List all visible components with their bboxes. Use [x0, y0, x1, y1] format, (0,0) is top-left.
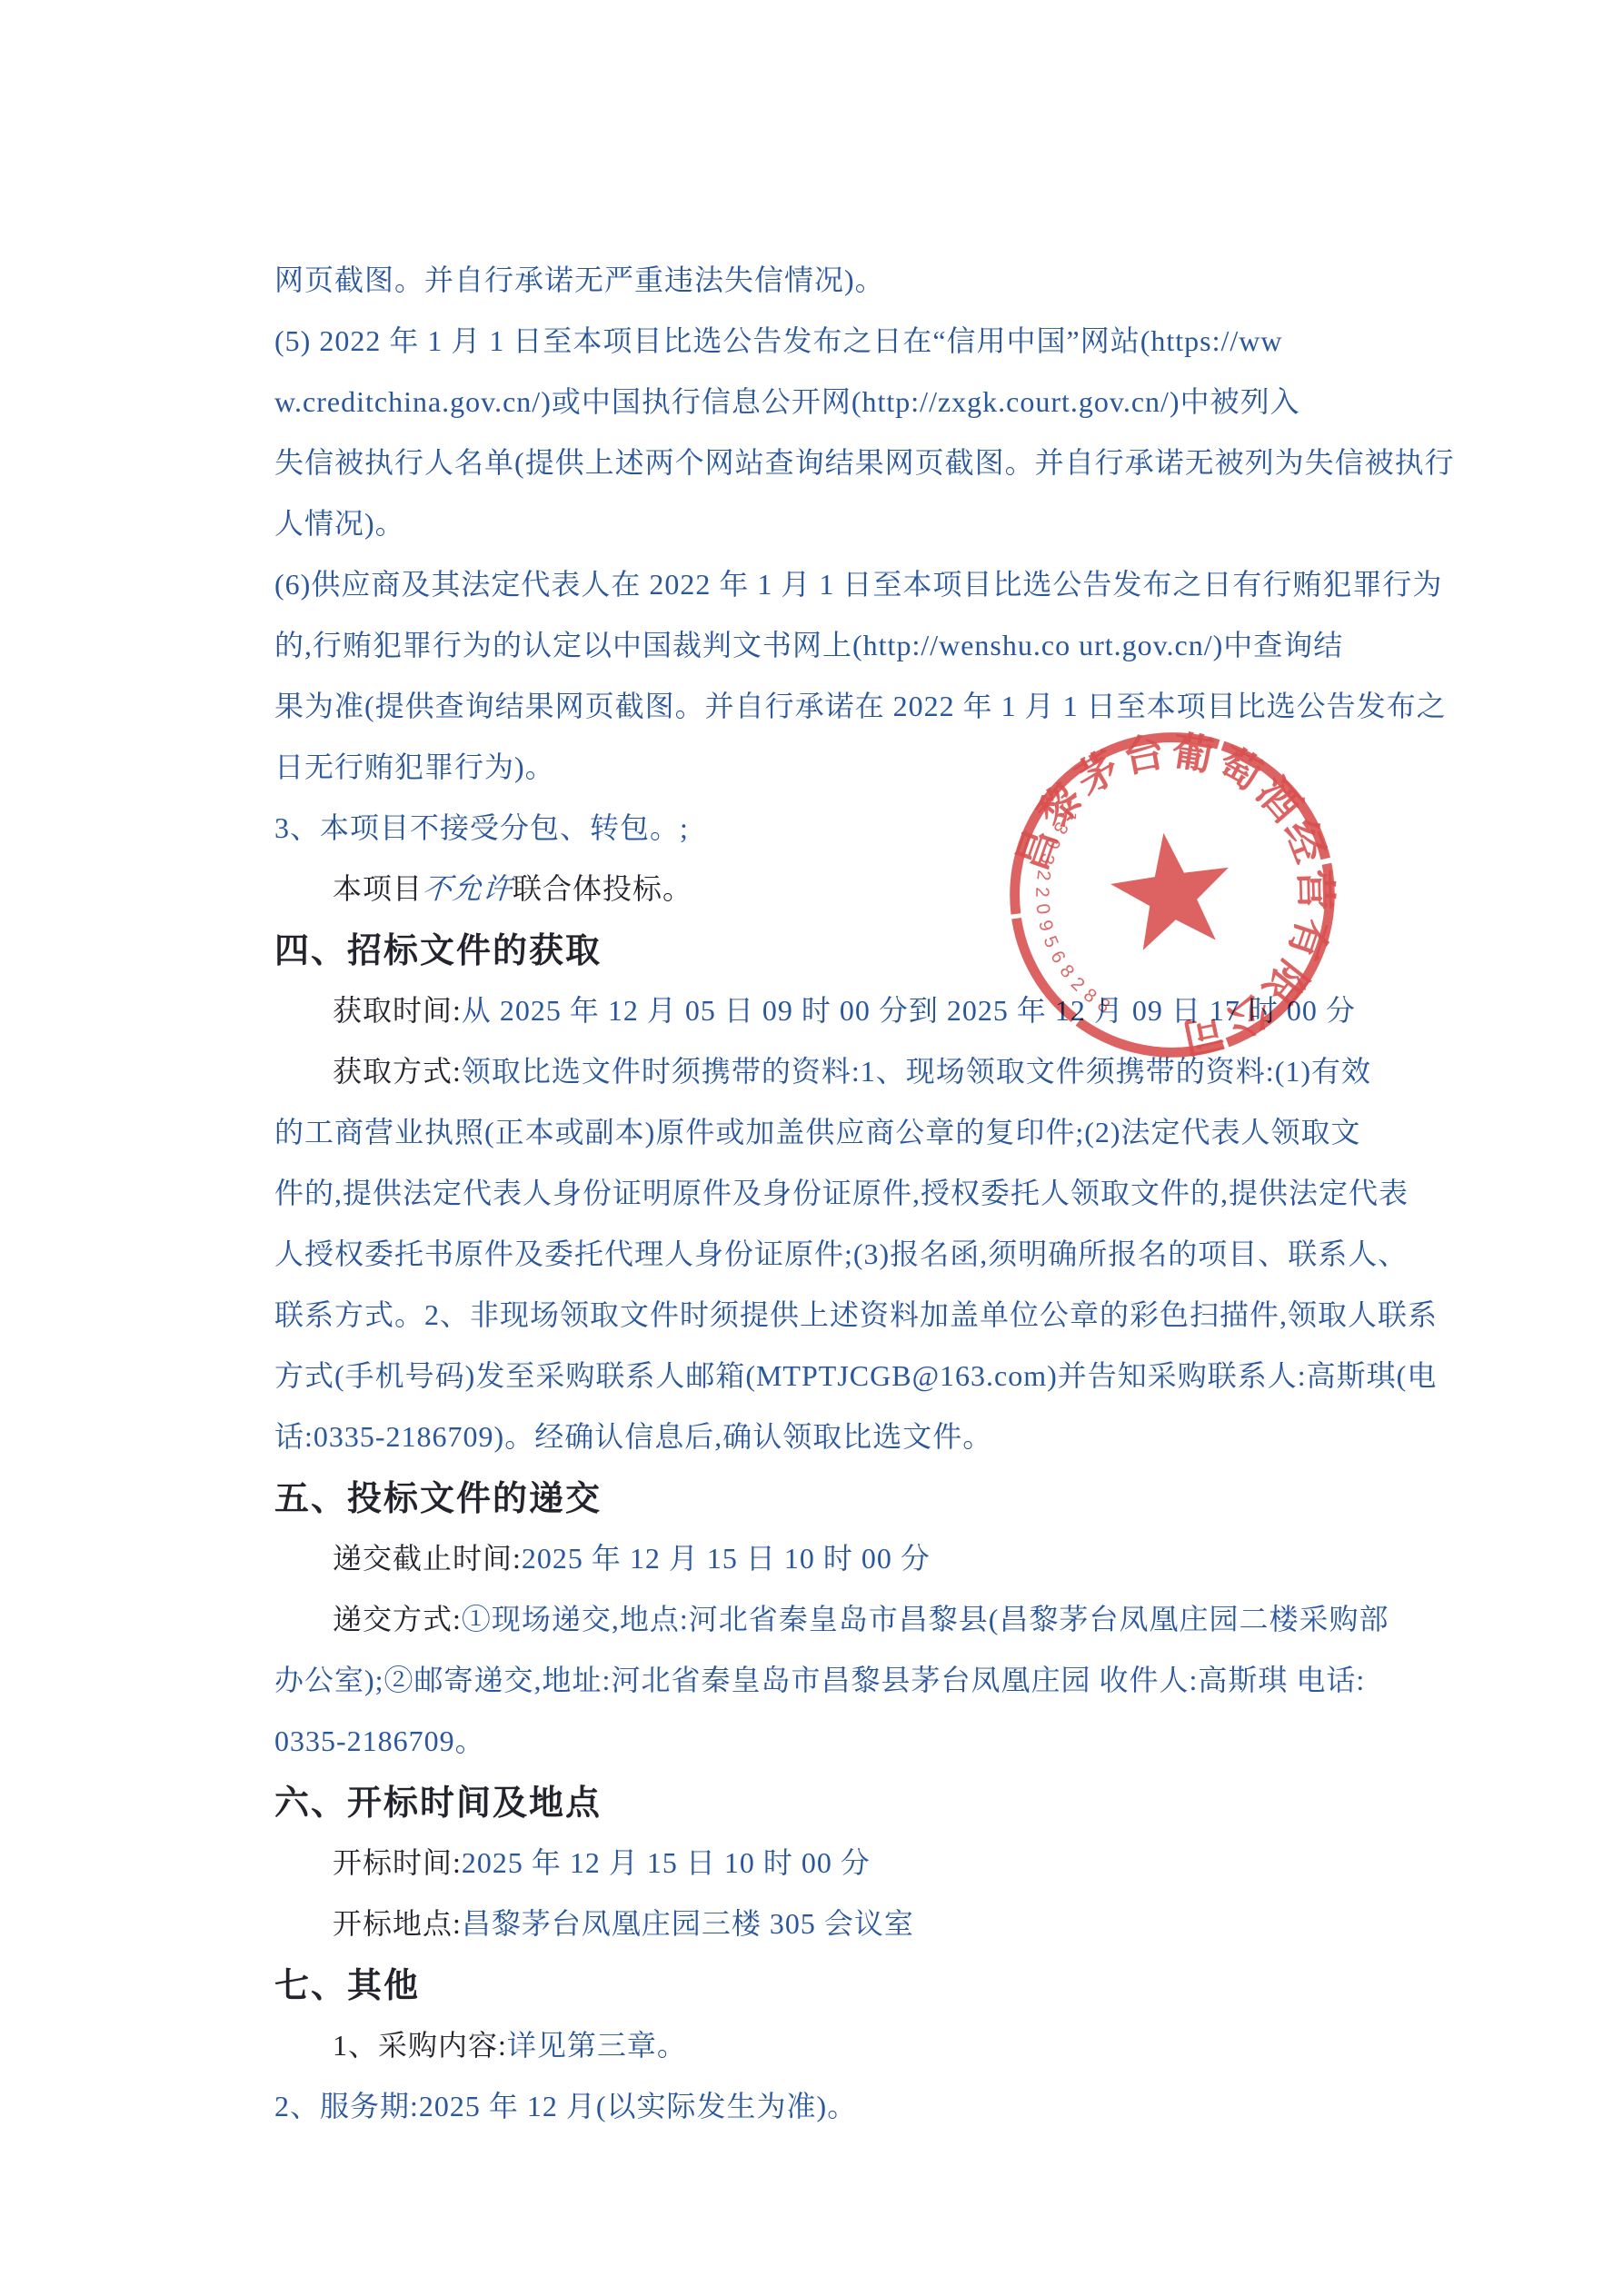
text-segment: 人情况)。 [274, 501, 405, 542]
section-heading: 四、招标文件的获取 [274, 917, 1474, 978]
document-line: 本项目不允许联合体投标。 [274, 856, 1474, 917]
document-line: 的工商营业执照(正本或副本)原件或加盖供应商公章的复印件;(2)法定代表人领取文 [274, 1099, 1474, 1160]
text-segment: 的工商营业执照(正本或副本)原件或加盖供应商公章的复印件;(2)法定代表人领取文 [274, 1109, 1361, 1151]
text-segment: 日无行贿犯罪行为)。 [274, 744, 555, 786]
text-segment: 网页截图。并自行承诺无严重违法失信情况)。 [274, 257, 885, 299]
document-line: 递交方式:①现场递交,地点:河北省秦皇岛市昌黎县(昌黎茅台凤凰庄园二楼采购部 [274, 1586, 1474, 1647]
document-line: 获取时间:从 2025 年 12 月 05 日 09 时 00 分到 2025 … [274, 978, 1474, 1039]
document-line: 的,行贿犯罪行为的认定以中国裁判文书网上(http://wenshu.co ur… [274, 612, 1474, 673]
text-segment: 话:0335-2186709)。经确认信息后,确认领取比选文件。 [274, 1414, 992, 1456]
document-line: 话:0335-2186709)。经确认信息后,确认领取比选文件。 [274, 1404, 1474, 1465]
text-segment: 开标时间: [333, 1840, 462, 1882]
heading-text: 六、开标时间及地点 [274, 1774, 602, 1824]
document-line: 果为准(提供查询结果网页截图。并自行承诺在 2022 年 1 月 1 日至本项目… [274, 673, 1474, 734]
text-segment: w.creditchina.gov.cn/)或中国执行信息公开网(http://… [274, 379, 1300, 421]
document-line: 方式(手机号码)发至采购联系人邮箱(MTPTJCGB@163.com)并告知采购… [274, 1343, 1474, 1404]
text-segment: 昌黎茅台凤凰庄园三楼 305 会议室 [462, 1901, 914, 1943]
document-line: 联系方式。2、非现场领取文件时须提供上述资料加盖单位公章的彩色扫描件,领取人联系 [274, 1282, 1474, 1343]
document-body: 网页截图。并自行承诺无严重违法失信情况)。(5) 2022 年 1 月 1 日至… [274, 247, 1474, 2134]
text-segment: 人授权委托书原件及委托代理人身份证原件;(3)报名函,须明确所报名的项目、联系人… [274, 1231, 1408, 1273]
document-line: 开标时间:2025 年 12 月 15 日 10 时 00 分 [274, 1830, 1474, 1891]
text-segment: (5) 2022 年 1 月 1 日至本项目比选公告发布之日在“信用中国”网站(… [274, 318, 1283, 360]
document-line: (6)供应商及其法定代表人在 2022 年 1 月 1 日至本项目比选公告发布之… [274, 552, 1474, 612]
scanned-document-page: { "colors": { "blue": "#2a579c", "dark":… [0, 0, 1623, 2296]
text-segment: 联合体投标。 [513, 866, 692, 908]
document-line: 日无行贿犯罪行为)。 [274, 734, 1474, 795]
document-line: 2、服务期:2025 年 12 月(以实际发生为准)。 [274, 2073, 1474, 2134]
document-line: 开标地点:昌黎茅台凤凰庄园三楼 305 会议室 [274, 1891, 1474, 1952]
text-segment: 失信被执行人名单(提供上述两个网站查询结果网页截图。并自行承诺无被列为失信被执行 [274, 440, 1455, 482]
section-heading: 六、开标时间及地点 [274, 1769, 1474, 1830]
document-line: 办公室);②邮寄递交,地址:河北省秦皇岛市昌黎县茅台凤凰庄园 收件人:高斯琪 电… [274, 1647, 1474, 1708]
text-segment: 递交方式: [333, 1596, 462, 1638]
text-segment: 获取方式: [333, 1049, 462, 1090]
section-heading: 七、其他 [274, 1952, 1474, 2013]
text-segment: 递交截止时间: [333, 1536, 522, 1577]
document-line: 人情况)。 [274, 491, 1474, 552]
text-segment: 领取比选文件时须携带的资料:1、现场领取文件须携带的资料:(1)有效 [462, 1049, 1371, 1090]
text-segment: 3、本项目不接受分包、转包。; [274, 805, 689, 847]
text-segment: 详见第三章。 [507, 2023, 687, 2064]
text-segment: 联系方式。2、非现场领取文件时须提供上述资料加盖单位公章的彩色扫描件,领取人联系 [274, 1292, 1438, 1334]
document-line: (5) 2022 年 1 月 1 日至本项目比选公告发布之日在“信用中国”网站(… [274, 308, 1474, 369]
document-line: 网页截图。并自行承诺无严重违法失信情况)。 [274, 247, 1474, 308]
text-segment: 本项目 [333, 866, 423, 908]
section-heading: 五、投标文件的递交 [274, 1465, 1474, 1526]
document-line: 1、采购内容:详见第三章。 [274, 2013, 1474, 2073]
document-line: 获取方式:领取比选文件时须携带的资料:1、现场领取文件须携带的资料:(1)有效 [274, 1039, 1474, 1099]
text-segment: 办公室);②邮寄递交,地址:河北省秦皇岛市昌黎县茅台凤凰庄园 收件人:高斯琪 电… [274, 1657, 1365, 1699]
document-line: 3、本项目不接受分包、转包。; [274, 795, 1474, 856]
text-segment: 开标地点: [333, 1901, 462, 1943]
text-segment: 2025 年 12 月 15 日 10 时 00 分 [462, 1840, 871, 1882]
text-segment: (6)供应商及其法定代表人在 2022 年 1 月 1 日至本项目比选公告发布之… [274, 562, 1442, 603]
text-segment: 2、服务期:2025 年 12 月(以实际发生为准)。 [274, 2083, 857, 2125]
heading-text: 四、招标文件的获取 [274, 922, 602, 972]
page: 网页截图。并自行承诺无严重违法失信情况)。(5) 2022 年 1 月 1 日至… [0, 0, 1623, 2296]
heading-text: 七、其他 [274, 1957, 420, 2007]
text-segment: 的,行贿犯罪行为的认定以中国裁判文书网上(http://wenshu.co ur… [274, 622, 1343, 664]
document-line: w.creditchina.gov.cn/)或中国执行信息公开网(http://… [274, 369, 1474, 430]
text-segment: 0335-2186709。 [274, 1718, 485, 1760]
text-segment: 件的,提供法定代表人身份证明原件及身份证原件,授权委托人领取文件的,提供法定代表 [274, 1170, 1409, 1212]
text-segment: 方式(手机号码)发至采购联系人邮箱(MTPTJCGB@163.com)并告知采购… [274, 1353, 1437, 1395]
document-line: 件的,提供法定代表人身份证明原件及身份证原件,授权委托人领取文件的,提供法定代表 [274, 1160, 1474, 1221]
text-segment: ①现场递交,地点:河北省秦皇岛市昌黎县(昌黎茅台凤凰庄园二楼采购部 [462, 1596, 1389, 1638]
heading-text: 五、投标文件的递交 [274, 1470, 602, 1520]
document-line: 递交截止时间:2025 年 12 月 15 日 10 时 00 分 [274, 1526, 1474, 1586]
text-segment: 2025 年 12 月 15 日 10 时 00 分 [522, 1536, 931, 1577]
document-line: 0335-2186709。 [274, 1708, 1474, 1769]
text-segment: 不允许 [421, 866, 513, 908]
document-line: 人授权委托书原件及委托代理人身份证原件;(3)报名函,须明确所报名的项目、联系人… [274, 1221, 1474, 1282]
document-line: 失信被执行人名单(提供上述两个网站查询结果网页截图。并自行承诺无被列为失信被执行 [274, 430, 1474, 491]
text-segment: 获取时间: [333, 988, 462, 1029]
text-segment: 从 2025 年 12 月 05 日 09 时 00 分到 2025 年 12 … [462, 988, 1356, 1029]
text-segment: 果为准(提供查询结果网页截图。并自行承诺在 2022 年 1 月 1 日至本项目… [274, 683, 1447, 725]
text-segment: 1、采购内容: [333, 2023, 507, 2064]
